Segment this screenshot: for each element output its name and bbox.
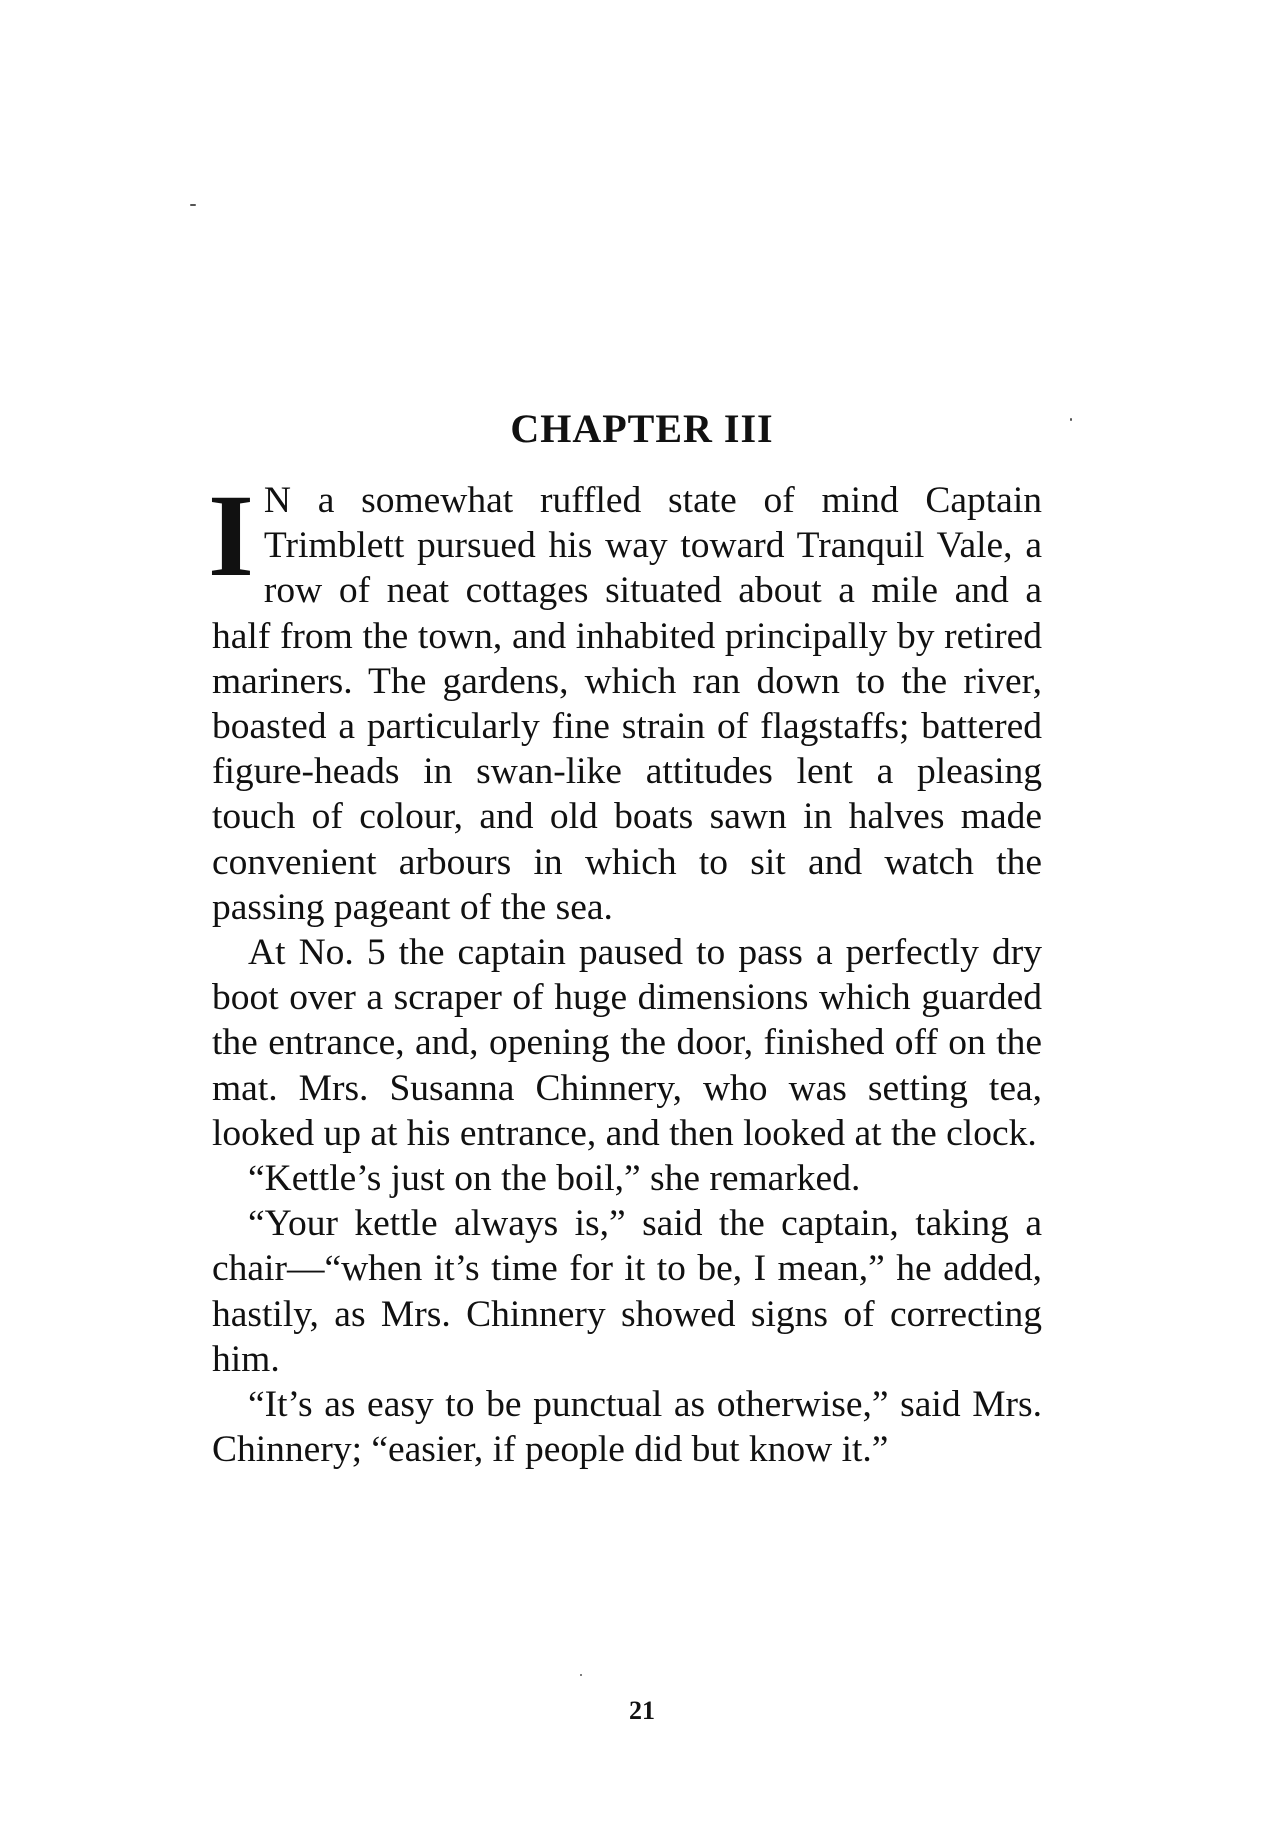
paragraph-3: “Kettle’s just on the boil,” she remarke… [212,1156,1042,1201]
paragraph-1-text: N a somewhat ruffled state of mind Capta… [212,480,1042,928]
paragraph-5: “It’s as easy to be punctual as otherwis… [212,1382,1042,1472]
body-text: IN a somewhat ruffled state of mind Capt… [212,478,1042,1472]
paragraph-2: At No. 5 the captain paused to pass a pe… [212,930,1042,1156]
paragraph-4: “Your kettle always is,” said the captai… [212,1201,1042,1382]
scan-speck [580,1674,582,1676]
drop-cap: I [208,484,254,586]
scan-speck [190,204,196,206]
paragraph-1: IN a somewhat ruffled state of mind Capt… [212,478,1042,930]
page-number: 21 [0,1696,1284,1726]
chapter-title: CHAPTER III [0,405,1284,452]
